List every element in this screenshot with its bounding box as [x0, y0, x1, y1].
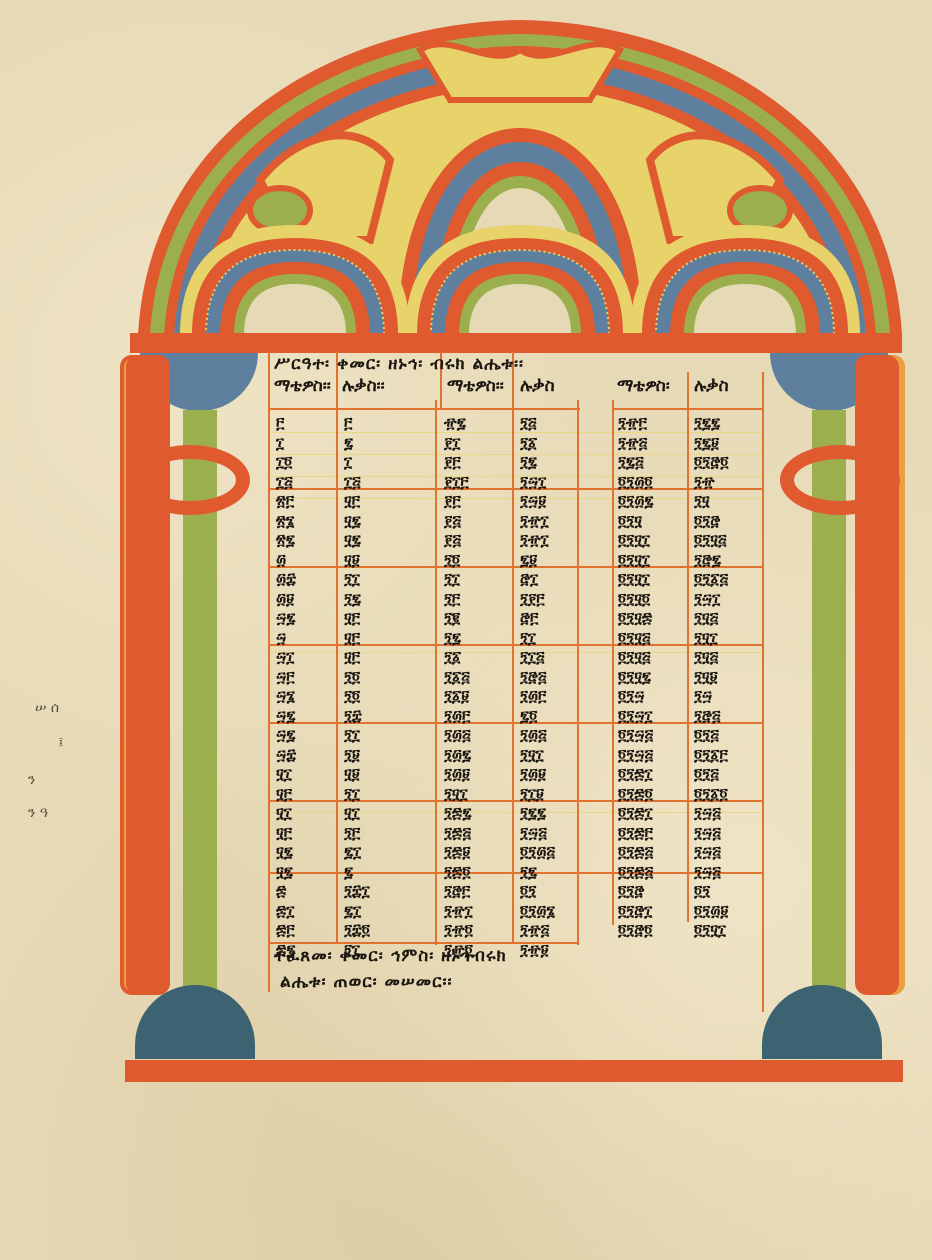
table-title: ሥርዓተ፡ ቀመር፡ ዘኑኅ፡ ብሩክ ልሔቱ፡፡ — [274, 354, 524, 374]
col-header-6: ሉቃስ — [694, 376, 729, 396]
left-pillar-base — [135, 985, 255, 1059]
right-pillar-base — [762, 985, 882, 1059]
bottom-base-bar — [125, 1060, 903, 1082]
table-cell: ፺፹፱ — [520, 939, 549, 961]
left-knot — [130, 445, 250, 515]
table-cell: ፬፺፶፲ — [694, 919, 726, 941]
margin-note-4: ን ዓ — [28, 805, 48, 821]
col-header-4: ሉቃስ — [520, 376, 555, 396]
col-header-5: ማቴዎስ፡ — [617, 376, 677, 396]
margin-note-1: ሠ ሰ — [35, 700, 59, 716]
calendar-table: ሥርዓተ፡ ቀመር፡ ዘኑኅ፡ ብሩክ ልሔቱ፡፡ ማቴዎስ፡፡ ሉቃስ፡፡ ማ… — [262, 352, 767, 1052]
colophon-line-1: ተፈጸመ፡ ቀመር፡ ኅምስ፡ ዘኑኅብሩክ — [274, 946, 507, 966]
decorated-arch — [120, 10, 920, 350]
margin-note-2: ፤ — [58, 735, 64, 751]
right-knot — [780, 445, 900, 515]
col-header-2: ሉቃስ፡፡ — [342, 376, 385, 396]
col-header-3: ማቴዎስ፡፡ — [447, 376, 507, 396]
col-header-1: ማቴዎስ፡፡ — [274, 376, 334, 396]
margin-note-3: ን — [28, 772, 35, 788]
colophon-line-2: ልሔቱ፡ ጠወር፡ መሠመር፡፡ — [280, 972, 453, 992]
table-cell: ፬፺፸፬ — [618, 919, 653, 941]
top-lintel-bar — [130, 333, 902, 353]
